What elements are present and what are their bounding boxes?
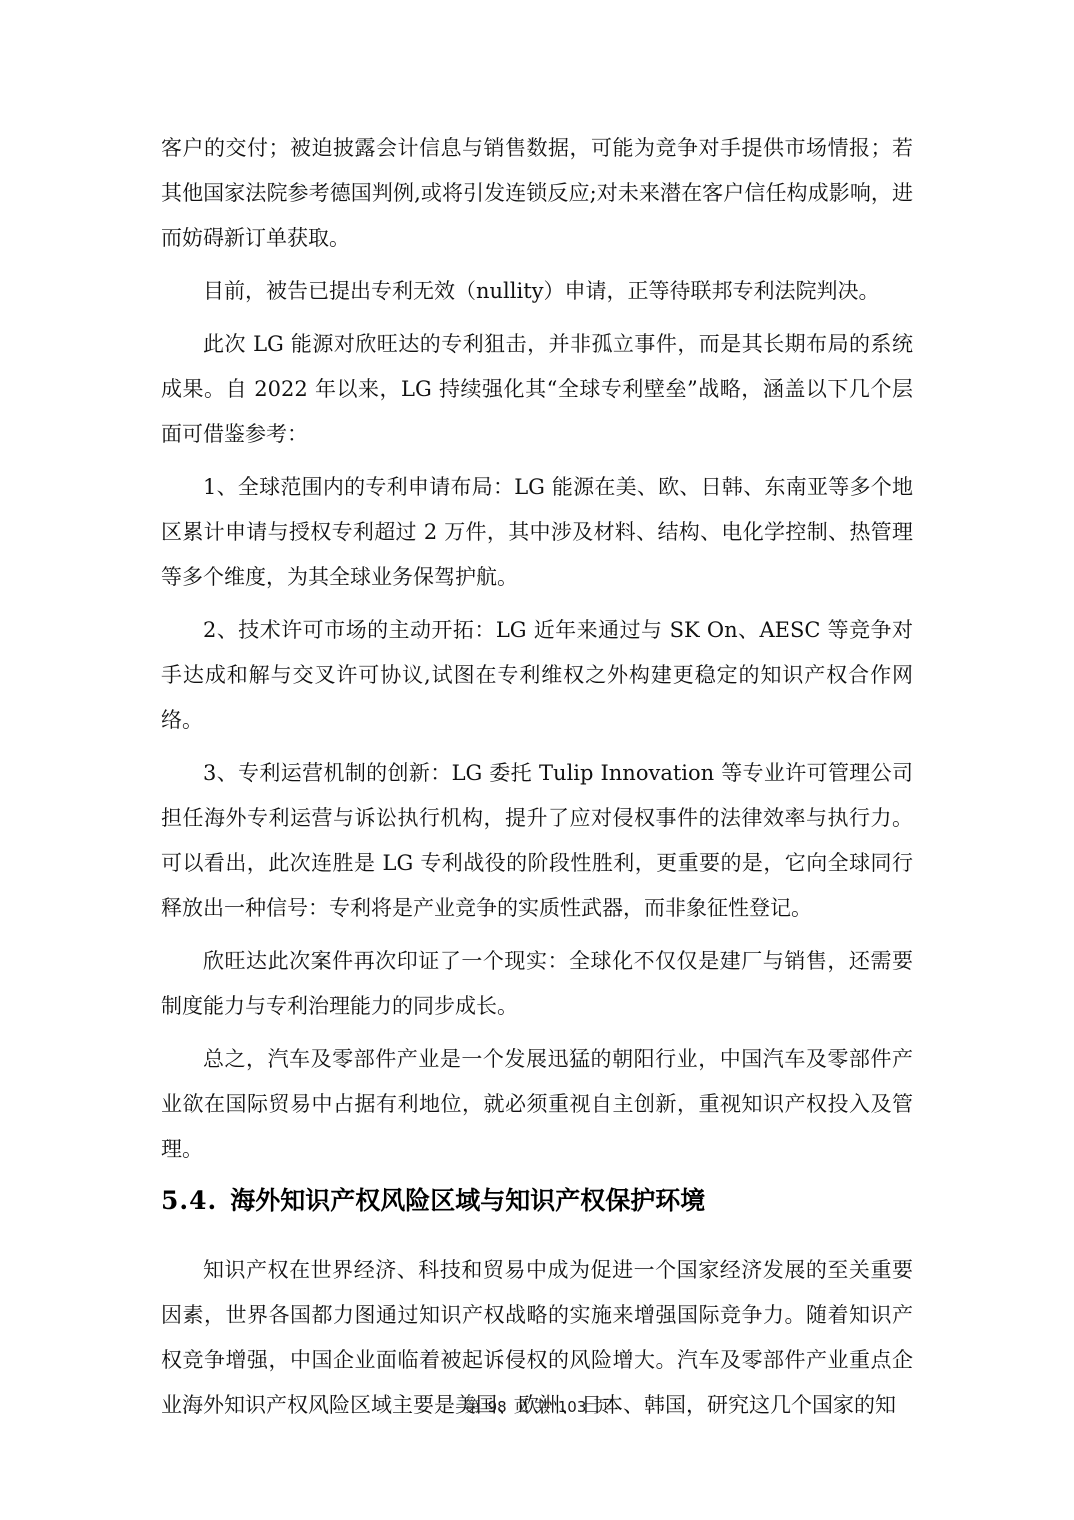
body-paragraph-numbered-1: 1、全球范围内的专利申请布局：LG 能源在美、欧、日韩、东南亚等多个地区累计申请…: [161, 465, 913, 600]
footer-label-prefix: 第: [465, 1396, 481, 1418]
document-page: 客户的交付；被迫披露会计信息与销售数据，可能为竞争对手提供市场情报；若其他国家法…: [0, 0, 1074, 1520]
body-paragraph: 目前，被告已提出专利无效（nullity）申请，正等待联邦专利法院判决。: [161, 269, 913, 314]
body-paragraph: 总之，汽车及零部件产业是一个发展迅猛的朝阳行业，中国汽车及零部件产业欲在国际贸易…: [161, 1037, 913, 1172]
footer-label-suffix: 页: [593, 1396, 609, 1418]
footer-label-middle: 页 共: [514, 1396, 551, 1418]
footer-total-page-number: 103: [558, 1396, 587, 1418]
body-paragraph: 客户的交付；被迫披露会计信息与销售数据，可能为竞争对手提供市场情报；若其他国家法…: [161, 126, 913, 261]
footer-current-page-number: 98: [488, 1396, 507, 1418]
body-paragraph: 欣旺达此次案件再次印证了一个现实：全球化不仅仅是建厂与销售，还需要制度能力与专利…: [161, 939, 913, 1029]
body-paragraph-numbered-3: 3、专利运营机制的创新：LG 委托 Tulip Innovation 等专业许可…: [161, 751, 913, 931]
page-footer: 第 98 页 共 103 页: [0, 1396, 1074, 1418]
section-heading: 5.4.海外知识产权风险区域与知识产权保护环境: [161, 1184, 913, 1218]
page-content: 客户的交付；被迫披露会计信息与销售数据，可能为竞争对手提供市场情报；若其他国家法…: [161, 126, 913, 1436]
section-heading-number: 5.4.: [161, 1186, 217, 1215]
body-paragraph-numbered-2: 2、技术许可市场的主动开拓：LG 近年来通过与 SK On、AESC 等竞争对手…: [161, 608, 913, 743]
body-paragraph: 此次 LG 能源对欣旺达的专利狙击，并非孤立事件，而是其长期布局的系统成果。自 …: [161, 322, 913, 457]
section-heading-title: 海外知识产权风险区域与知识产权保护环境: [230, 1186, 705, 1215]
